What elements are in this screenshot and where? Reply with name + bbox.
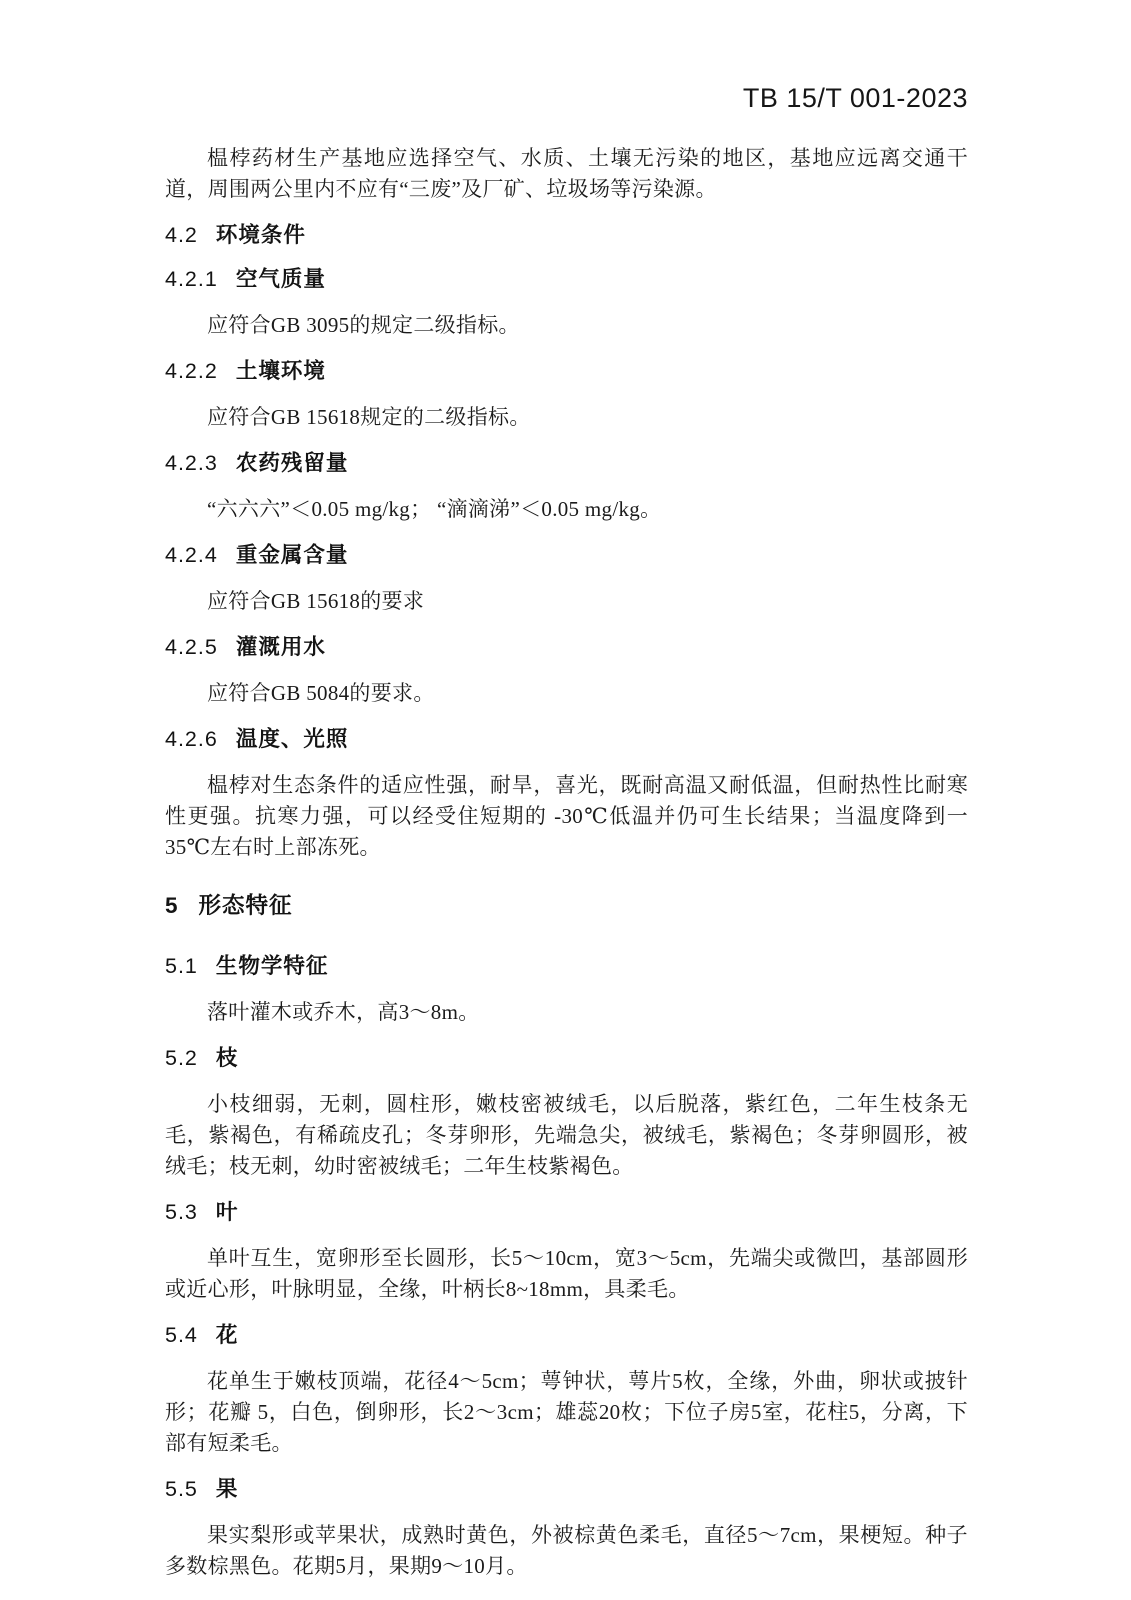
doc-number: TB 15/T 001-2023 — [165, 83, 968, 113]
heading-number: 4.2.1 — [165, 267, 218, 291]
heading-title: 叶 — [216, 1200, 239, 1224]
para-pesticide-residue: “六六六”＜0.05 mg/kg； “滴滴涕”＜0.05 mg/kg。 — [165, 494, 968, 525]
heading-5-3-leaf: 5.3叶 — [165, 1199, 968, 1225]
heading-title: 环境条件 — [216, 223, 306, 247]
para-temperature-light: 榅桲对生态条件的适应性强，耐旱，喜光，既耐高温又耐低温，但耐热性比耐寒性更强。抗… — [165, 770, 968, 863]
para-irrigation-water: 应符合GB 5084的要求。 — [165, 678, 968, 709]
para-air-quality: 应符合GB 3095的规定二级指标。 — [165, 310, 968, 341]
heading-number: 5 — [165, 893, 179, 918]
heading-title: 枝 — [216, 1046, 239, 1070]
heading-5-2-branch: 5.2枝 — [165, 1045, 968, 1071]
heading-number: 4.2.3 — [165, 451, 218, 475]
intro-paragraph: 榅桲药材生产基地应选择空气、水质、土壤无污染的地区，基地应远离交通干道，周围两公… — [165, 143, 968, 205]
heading-title: 果 — [216, 1477, 239, 1501]
heading-4-2-1-air-quality: 4.2.1空气质量 — [165, 266, 968, 292]
heading-number: 5.2 — [165, 1046, 198, 1070]
heading-title: 土壤环境 — [236, 359, 326, 383]
heading-title: 农药残留量 — [236, 451, 349, 475]
chapter-heading-5-morphology: 5形态特征 — [165, 893, 968, 919]
heading-number: 5.1 — [165, 954, 198, 978]
heading-title: 温度、光照 — [236, 727, 349, 751]
heading-number: 4.2.4 — [165, 543, 218, 567]
heading-title: 形态特征 — [199, 893, 293, 918]
para-flower: 花单生于嫩枝顶端，花径4～5cm；萼钟状，萼片5枚，全缘，外曲，卵状或披针形；花… — [165, 1366, 968, 1459]
heading-number: 4.2.6 — [165, 727, 218, 751]
heading-4-2-2-soil-environment: 4.2.2土壤环境 — [165, 358, 968, 384]
para-branch: 小枝细弱，无刺，圆柱形，嫩枝密被绒毛，以后脱落，紫红色，二年生枝条无毛，紫褐色，… — [165, 1089, 968, 1182]
heading-number: 5.3 — [165, 1200, 198, 1224]
heading-title: 灌溉用水 — [236, 635, 326, 659]
heading-title: 花 — [216, 1323, 239, 1347]
document-page: TB 15/T 001-2023 榅桲药材生产基地应选择空气、水质、土壤无污染的… — [0, 0, 1131, 1600]
para-soil-environment: 应符合GB 15618规定的二级指标。 — [165, 402, 968, 433]
para-biological-characteristics: 落叶灌木或乔木，高3～8m。 — [165, 997, 968, 1028]
heading-number: 5.4 — [165, 1323, 198, 1347]
heading-title: 重金属含量 — [236, 543, 349, 567]
heading-5-4-flower: 5.4花 — [165, 1322, 968, 1348]
heading-4-2-6-temperature-light: 4.2.6温度、光照 — [165, 726, 968, 752]
para-fruit: 果实梨形或苹果状，成熟时黄色，外被棕黄色柔毛，直径5～7cm，果梗短。种子多数棕… — [165, 1520, 968, 1582]
heading-title: 空气质量 — [236, 267, 326, 291]
heading-4-2-3-pesticide-residue: 4.2.3农药残留量 — [165, 450, 968, 476]
heading-title: 生物学特征 — [216, 954, 329, 978]
heading-4-2-4-heavy-metal-content: 4.2.4重金属含量 — [165, 542, 968, 568]
para-heavy-metal-content: 应符合GB 15618的要求 — [165, 586, 968, 617]
heading-number: 5.5 — [165, 1477, 198, 1501]
heading-4-2-5-irrigation-water: 4.2.5灌溉用水 — [165, 634, 968, 660]
heading-5-5-fruit: 5.5果 — [165, 1476, 968, 1502]
heading-number: 4.2 — [165, 223, 198, 247]
para-leaf: 单叶互生，宽卵形至长圆形，长5～10cm，宽3～5cm，先端尖或微凹，基部圆形或… — [165, 1243, 968, 1305]
heading-4-2-environment-conditions: 4.2环境条件 — [165, 222, 968, 248]
heading-number: 4.2.5 — [165, 635, 218, 659]
heading-number: 4.2.2 — [165, 359, 218, 383]
heading-5-1-biological-characteristics: 5.1生物学特征 — [165, 953, 968, 979]
